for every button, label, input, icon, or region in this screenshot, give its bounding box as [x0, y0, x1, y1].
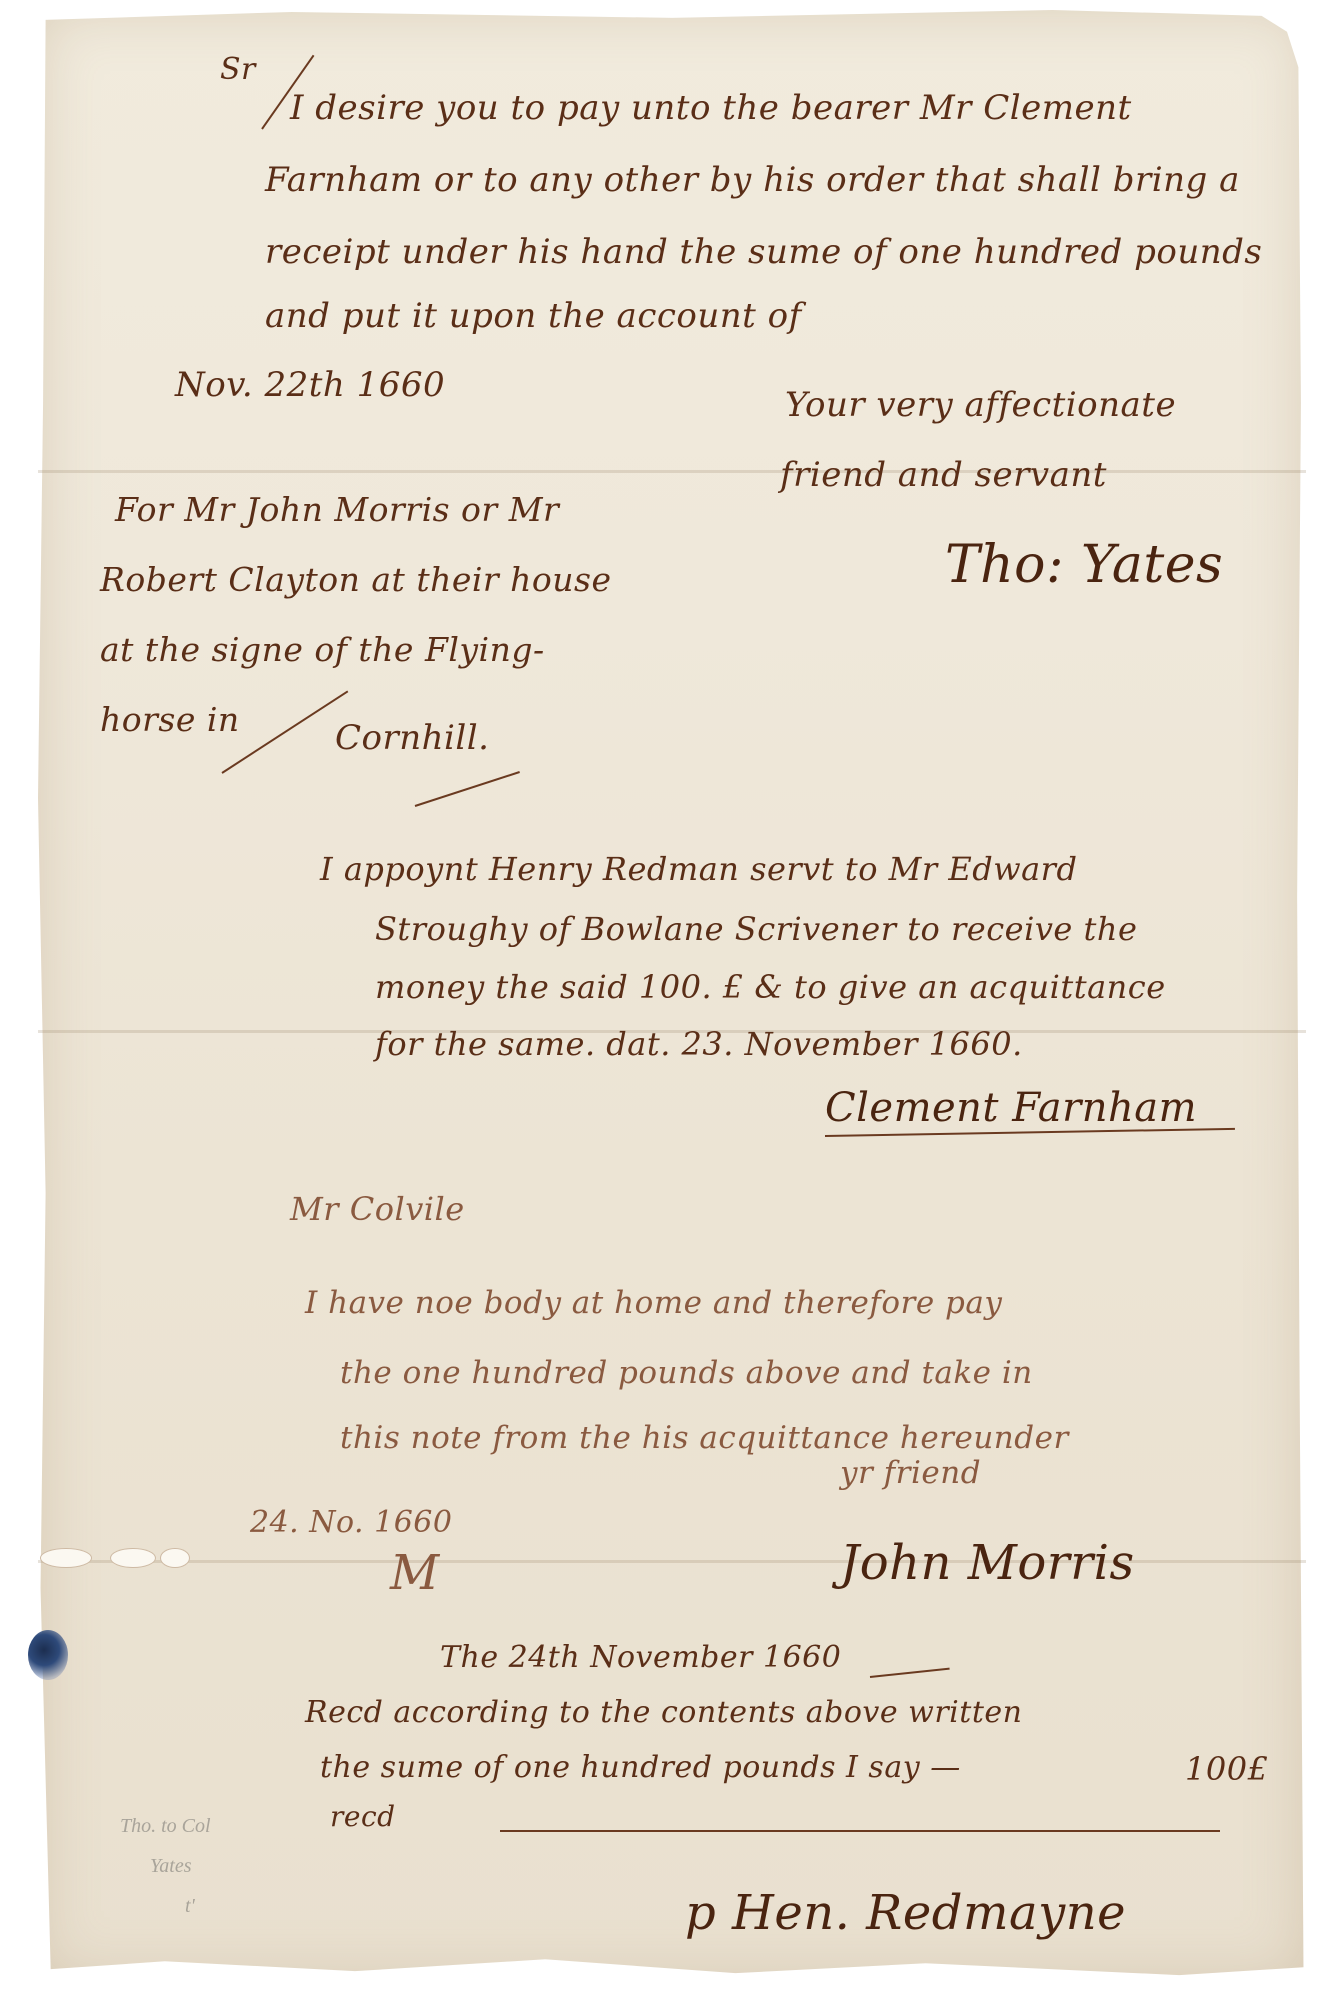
- address-line: For Mr John Morris or Mr: [115, 490, 559, 529]
- letter-line: receipt under his hand the sume of one h…: [265, 232, 1262, 272]
- letter-line: I desire you to pay unto the bearer Mr C…: [290, 88, 1132, 128]
- note-initial: M: [390, 1545, 440, 1601]
- signature-thomas-yates: Tho: Yates: [945, 535, 1223, 595]
- paper-damage: [160, 1548, 190, 1568]
- signature-henry-redmayne: p Hen. Redmayne: [685, 1885, 1126, 1941]
- paper-damage: [40, 1548, 92, 1568]
- letter-date: Nov. 22th 1660: [175, 365, 445, 405]
- note-closing: yr friend: [840, 1455, 981, 1491]
- pencil-line: Yates: [150, 1855, 192, 1878]
- receipt-line: recd: [330, 1800, 396, 1833]
- paper-damage: [110, 1548, 156, 1568]
- note-salutation: Mr Colvile: [290, 1190, 465, 1228]
- appointment-line: I appoynt Henry Redman servt to Mr Edwar…: [320, 850, 1077, 888]
- address-line: Robert Clayton at their house: [100, 560, 612, 599]
- letter-closing: Your very affectionate: [785, 385, 1176, 425]
- blue-ink-stain: [28, 1630, 68, 1680]
- letter-line: Farnham or to any other by his order tha…: [265, 160, 1240, 200]
- note-line: I have noe body at home and therefore pa…: [305, 1285, 1002, 1321]
- receipt-heading: The 24th November 1660: [440, 1640, 841, 1675]
- pencil-line: Tho. to Col: [120, 1815, 211, 1838]
- letter-line: and put it upon the account of: [265, 296, 802, 336]
- fold-line-upper: [38, 470, 1306, 473]
- address-line: at the signe of the Flying-: [100, 630, 545, 669]
- appointment-line: money the said 100. £ & to give an acqui…: [375, 968, 1166, 1006]
- signature-clement-farnham: Clement Farnham: [825, 1085, 1197, 1131]
- pencil-line: t': [185, 1895, 195, 1918]
- appointment-line: for the same. dat. 23. November 1660.: [375, 1025, 1023, 1063]
- letter-closing: friend and servant: [780, 455, 1107, 495]
- receipt-rule: [500, 1830, 1220, 1832]
- appointment-line: Stroughy of Bowlane Scrivener to receive…: [375, 910, 1137, 948]
- note-date: 24. No. 1660: [250, 1505, 452, 1540]
- receipt-line: Recd according to the contents above wri…: [305, 1695, 1022, 1730]
- note-line: the one hundred pounds above and take in: [340, 1355, 1033, 1391]
- receipt-line: the sume of one hundred pounds I say —: [320, 1750, 961, 1785]
- address-line: horse in: [100, 700, 240, 739]
- note-line: this note from the his acquittance hereu…: [340, 1420, 1069, 1456]
- address-place: Cornhill.: [335, 718, 489, 758]
- letter-salutation: Sr: [220, 52, 256, 87]
- receipt-amount: 100£: [1185, 1750, 1268, 1788]
- signature-john-morris: John Morris: [840, 1535, 1135, 1591]
